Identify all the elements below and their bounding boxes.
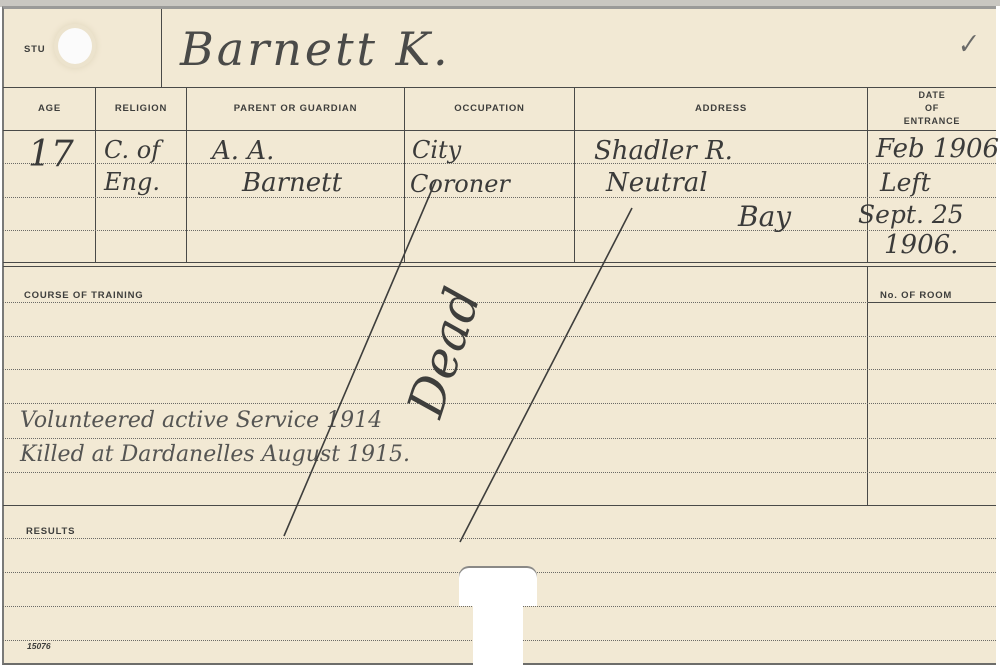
cancel-stroke-right [460, 208, 632, 542]
dead-annotation: Dead [396, 281, 492, 425]
dead-stamp: Dead [396, 281, 492, 425]
cancellation-strokes: Dead [0, 0, 1000, 669]
